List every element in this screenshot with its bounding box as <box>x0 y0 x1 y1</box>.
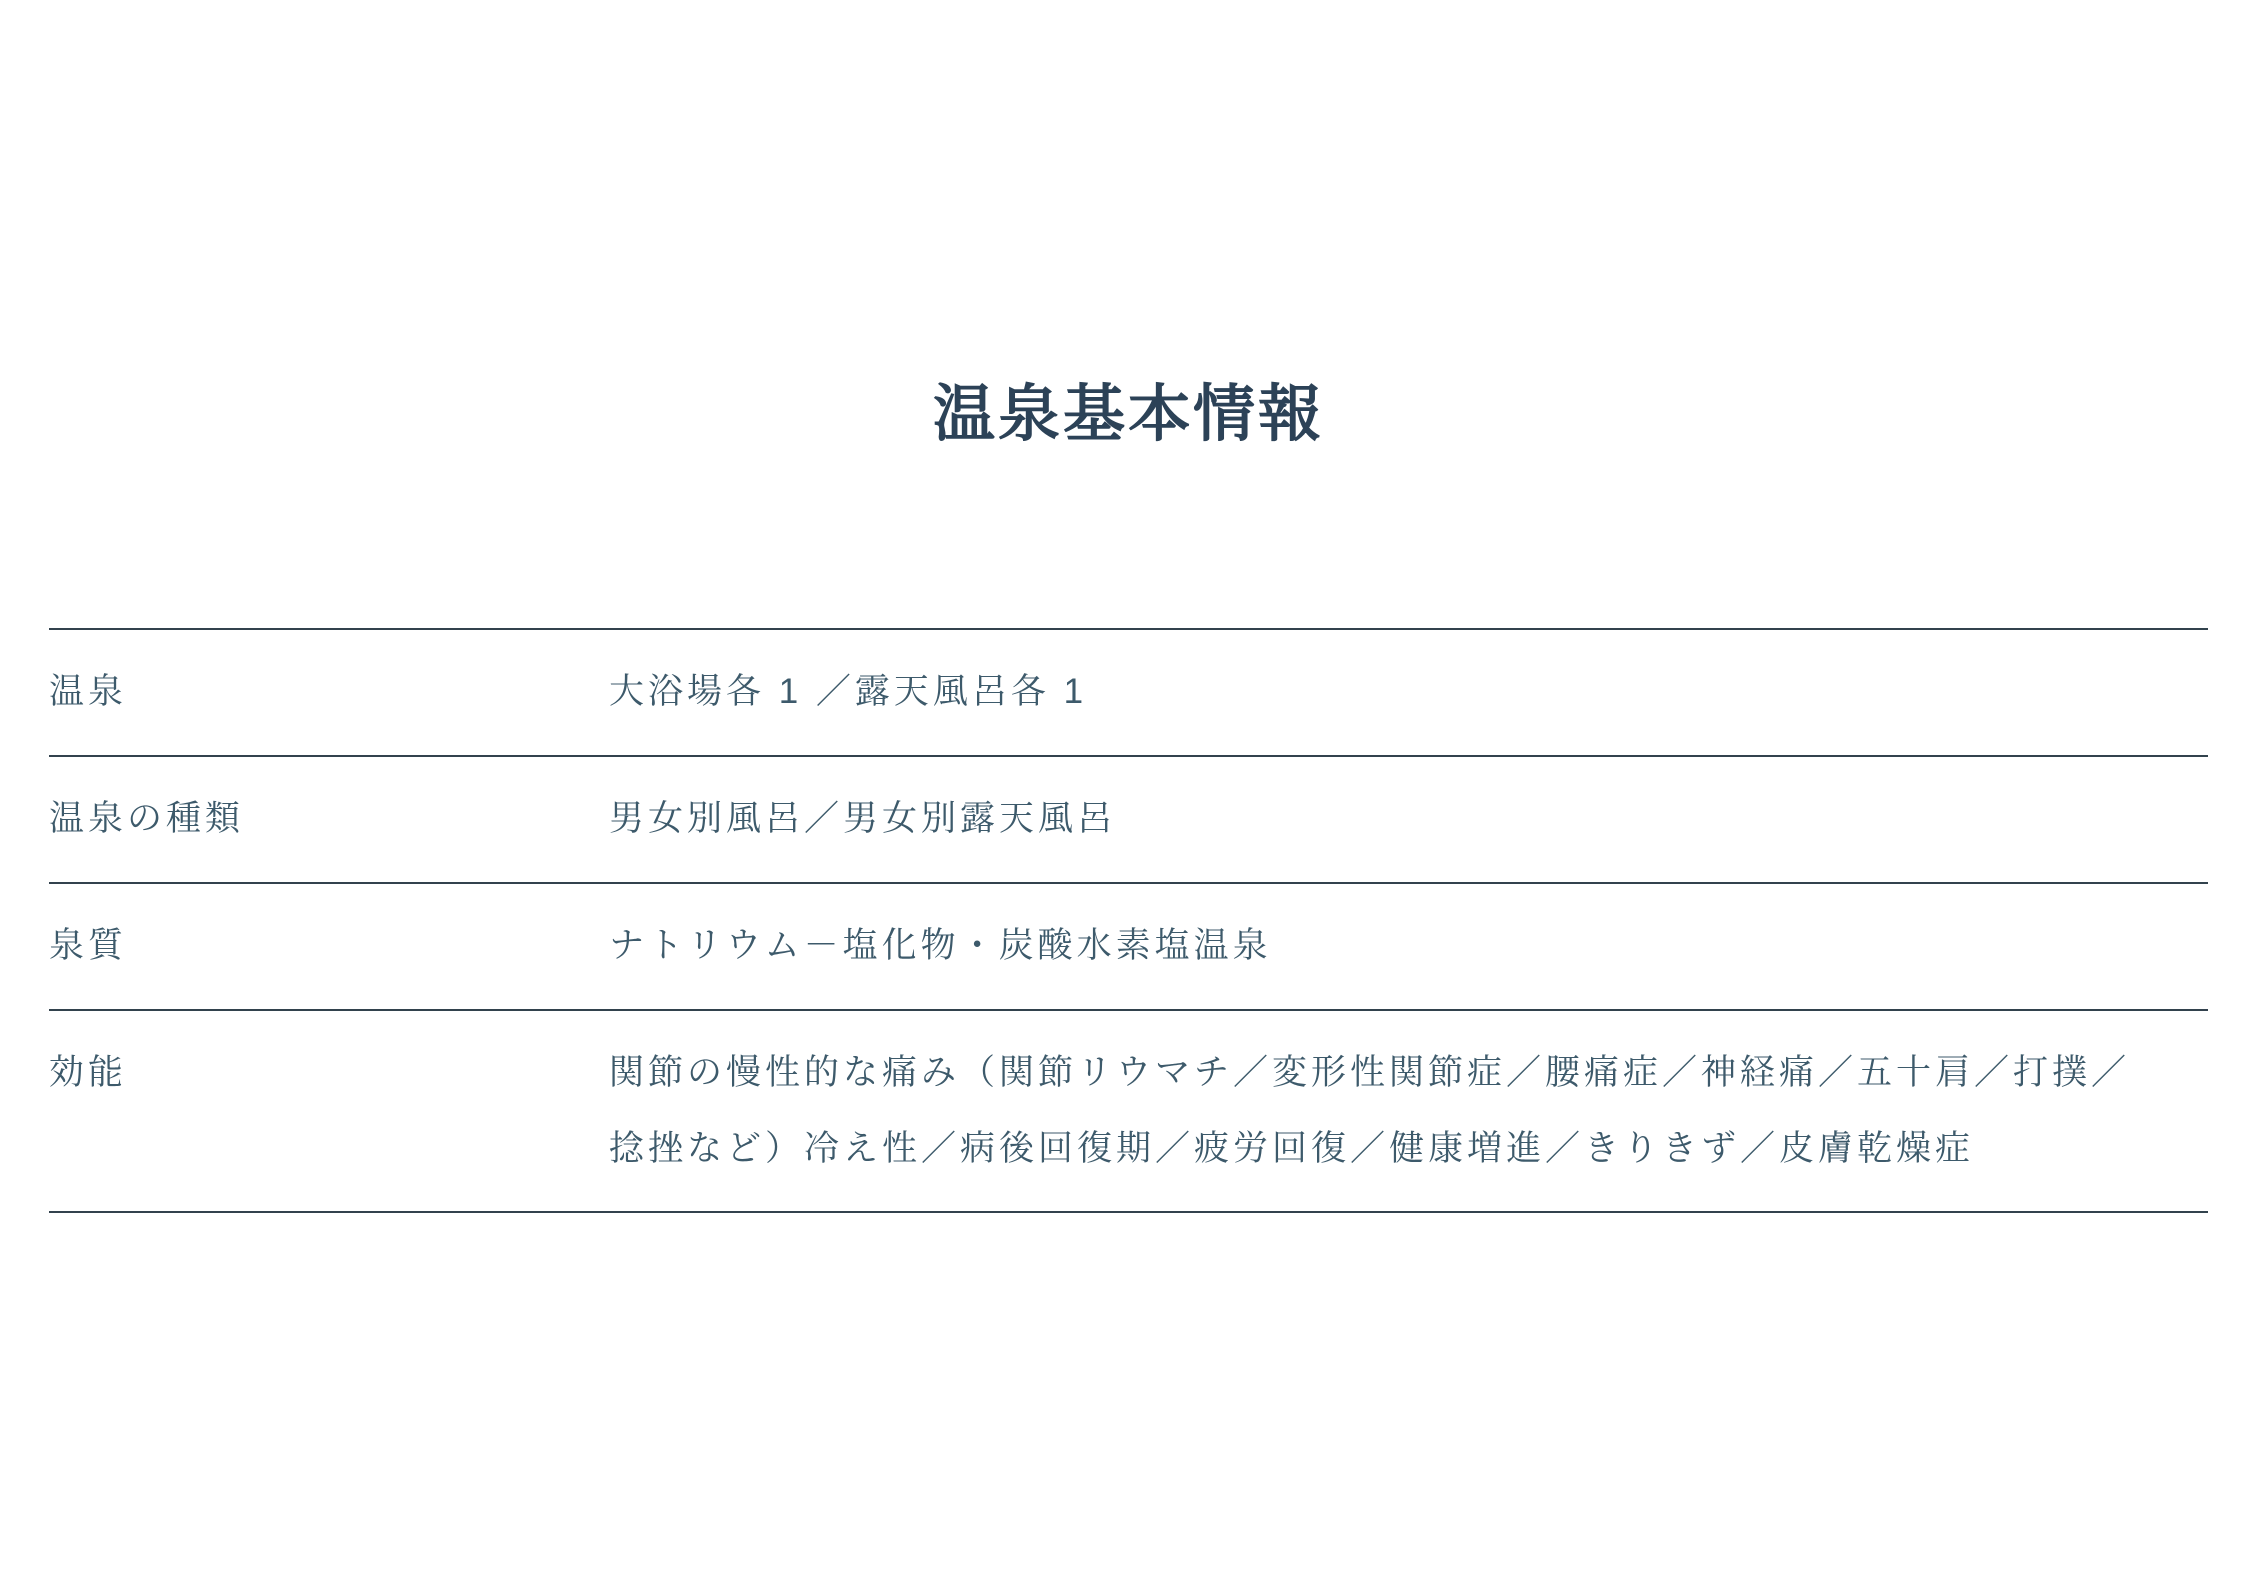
page-title: 温泉基本情報 <box>0 0 2256 446</box>
row-value-onsen: 大浴場各 1 ／露天風呂各 1 <box>609 654 2159 730</box>
row-value-benefits: 関節の慢性的な痛み（関節リウマチ／変形性関節症／腰痛症／神経痛／五十肩／打撲／捻… <box>609 1035 2159 1187</box>
row-label-onsen-types: 温泉の種類 <box>49 781 609 857</box>
table-row: 泉質 ナトリウム－塩化物・炭酸水素塩温泉 <box>49 882 2208 1009</box>
table-row: 温泉の種類 男女別風呂／男女別露天風呂 <box>49 755 2208 882</box>
table-row: 効能 関節の慢性的な痛み（関節リウマチ／変形性関節症／腰痛症／神経痛／五十肩／打… <box>49 1009 2208 1213</box>
row-label-benefits: 効能 <box>49 1035 609 1111</box>
row-label-spring-quality: 泉質 <box>49 908 609 984</box>
onsen-info-page: 温泉基本情報 温泉 大浴場各 1 ／露天風呂各 1 温泉の種類 男女別風呂／男女… <box>0 0 2256 1596</box>
row-value-spring-quality: ナトリウム－塩化物・炭酸水素塩温泉 <box>609 908 2159 984</box>
onsen-info-table: 温泉 大浴場各 1 ／露天風呂各 1 温泉の種類 男女別風呂／男女別露天風呂 泉… <box>49 628 2208 1213</box>
table-row: 温泉 大浴場各 1 ／露天風呂各 1 <box>49 628 2208 755</box>
row-value-onsen-types: 男女別風呂／男女別露天風呂 <box>609 781 2159 857</box>
row-label-onsen: 温泉 <box>49 654 609 730</box>
